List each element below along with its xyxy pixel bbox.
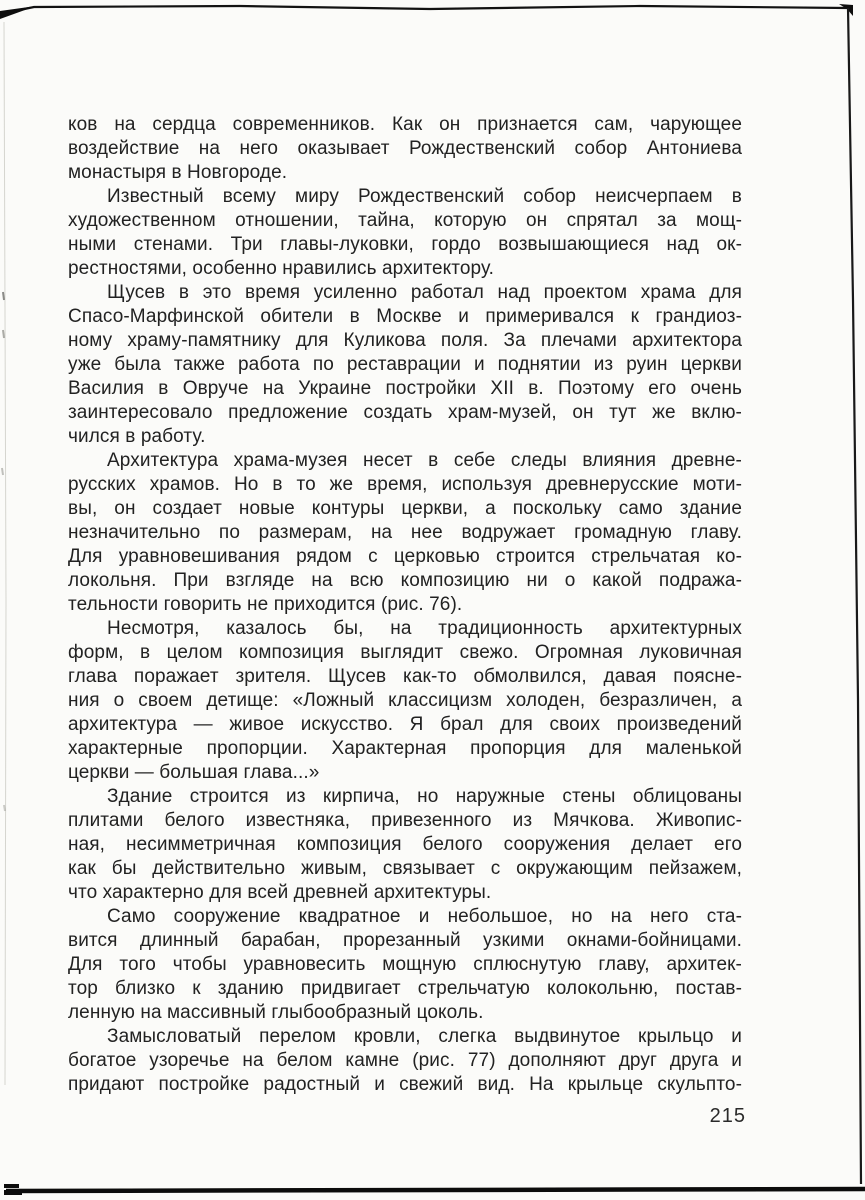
paragraph: Известный всему миру Рождественский собо… [68,185,742,281]
text-line: ния о своем детище: «Ложный классицизм х… [68,689,742,713]
scan-blob-bottom-left2 [4,1190,22,1195]
scan-blob-bottom-left [4,1184,19,1188]
text-line: чился в работу. [68,425,742,449]
paragraph: Щусев в это время усиленно работал над п… [68,281,742,449]
text-line: Спасо-Марфинской обители в Москве и прим… [68,305,742,329]
text-line: форм, в целом композиция выглядит свежо.… [68,641,742,665]
text-line: придают постройке радостный и свежий вид… [68,1073,742,1097]
text-line: рестностями, особенно нравились архитект… [68,257,742,281]
page-number: 215 [68,1104,746,1128]
text-line: русских храмов. Но в то же время, исполь… [68,473,742,497]
scan-speck-4 [4,805,5,811]
text-line: глава поражает зрителя. Щусев как-то обм… [68,665,742,689]
text-line: художественном отношении, тайна, которую… [68,209,742,233]
text-line: характерные пропорции. Характерная пропо… [68,737,742,761]
paragraph: Само сооружение квадратное и небольшое, … [68,905,742,1025]
text-line: плитами белого известняка, привезенного … [68,809,742,833]
scan-edge-right [848,8,861,1184]
text-line: Архитектура храма-музея несет в себе сле… [68,449,742,473]
text-line: монастыря в Новгороде. [68,161,742,185]
text-line: что характерно для всей древней архитект… [68,881,742,905]
scan-edge-top [0,6,847,14]
text-line: Само сооружение квадратное и небольшое, … [68,905,742,929]
text-line: уже была также работа по реставрации и п… [68,353,742,377]
book-page: ков на сердца современников. Как он приз… [0,0,865,1200]
text-line: ными стенами. Три главы-луковки, гордо в… [68,233,742,257]
scan-corner-top-right [839,4,853,16]
text-line: ному храму-памятнику для Куликова поля. … [68,329,742,353]
text-line: Щусев в это время усиленно работал над п… [68,281,742,305]
paragraph: Замысловатый перелом кровли, слегка выдв… [68,1025,742,1097]
text-line: тельности говорить не приходится (рис. 7… [68,593,742,617]
text-line: архитектура — живое искусство. Я брал дл… [68,713,742,737]
scan-speck-1 [3,292,4,300]
text-line: Для уравновешивания рядом с церковью стр… [68,545,742,569]
scan-speck-3 [2,468,3,475]
text-line: ков на сердца современников. Как он приз… [68,113,742,137]
paragraph: Архитектура храма-музея несет в себе сле… [68,449,742,617]
text-line: как бы действительно живым, связывает с … [68,857,742,881]
scan-edge-bottom [6,1189,865,1191]
scan-speck-2 [3,330,4,338]
paragraph: Несмотря, казалось бы, на традиционность… [68,617,742,785]
text-line: ленную на массивный глыбообразный цоколь… [68,1001,742,1025]
paragraph: ков на сердца современников. Как он приз… [68,113,742,185]
text-line: церкви — большая глава...» [68,761,742,785]
text-line: тор близко к зданию придвигает стрельчат… [68,977,742,1001]
text-line: Несмотря, казалось бы, на традиционность… [68,617,742,641]
text-line: локольня. При взгляде на всю композицию … [68,569,742,593]
text-line: богатое узоречье на белом камне (рис. 77… [68,1049,742,1073]
text-line: вы, он создает новые контуры церкви, а п… [68,497,742,521]
text-line: воздействие на него оказывает Рождествен… [68,137,742,161]
text-line: Замысловатый перелом кровли, слегка выдв… [68,1025,742,1049]
scan-fold-left [4,22,6,1085]
text-line: заинтересовало предложение создать храм-… [68,401,742,425]
text-line: Здание строится из кирпича, но наружные … [68,785,742,809]
text-line: Для того чтобы уравновесить мощную сплюс… [68,953,742,977]
scan-corner-top-left [0,6,36,19]
text-line: незначительно по размерам, на нее водруж… [68,521,742,545]
text-line: вится длинный барабан, прорезанный узким… [68,929,742,953]
text-line: ная, несимметричная композиция белого со… [68,833,742,857]
text-line: Василия в Овруче на Украине постройки XI… [68,377,742,401]
paragraph: Здание строится из кирпича, но наружные … [68,785,742,905]
page-text: ков на сердца современников. Как он приз… [68,113,742,1097]
text-line: Известный всему миру Рождественский собо… [68,185,742,209]
